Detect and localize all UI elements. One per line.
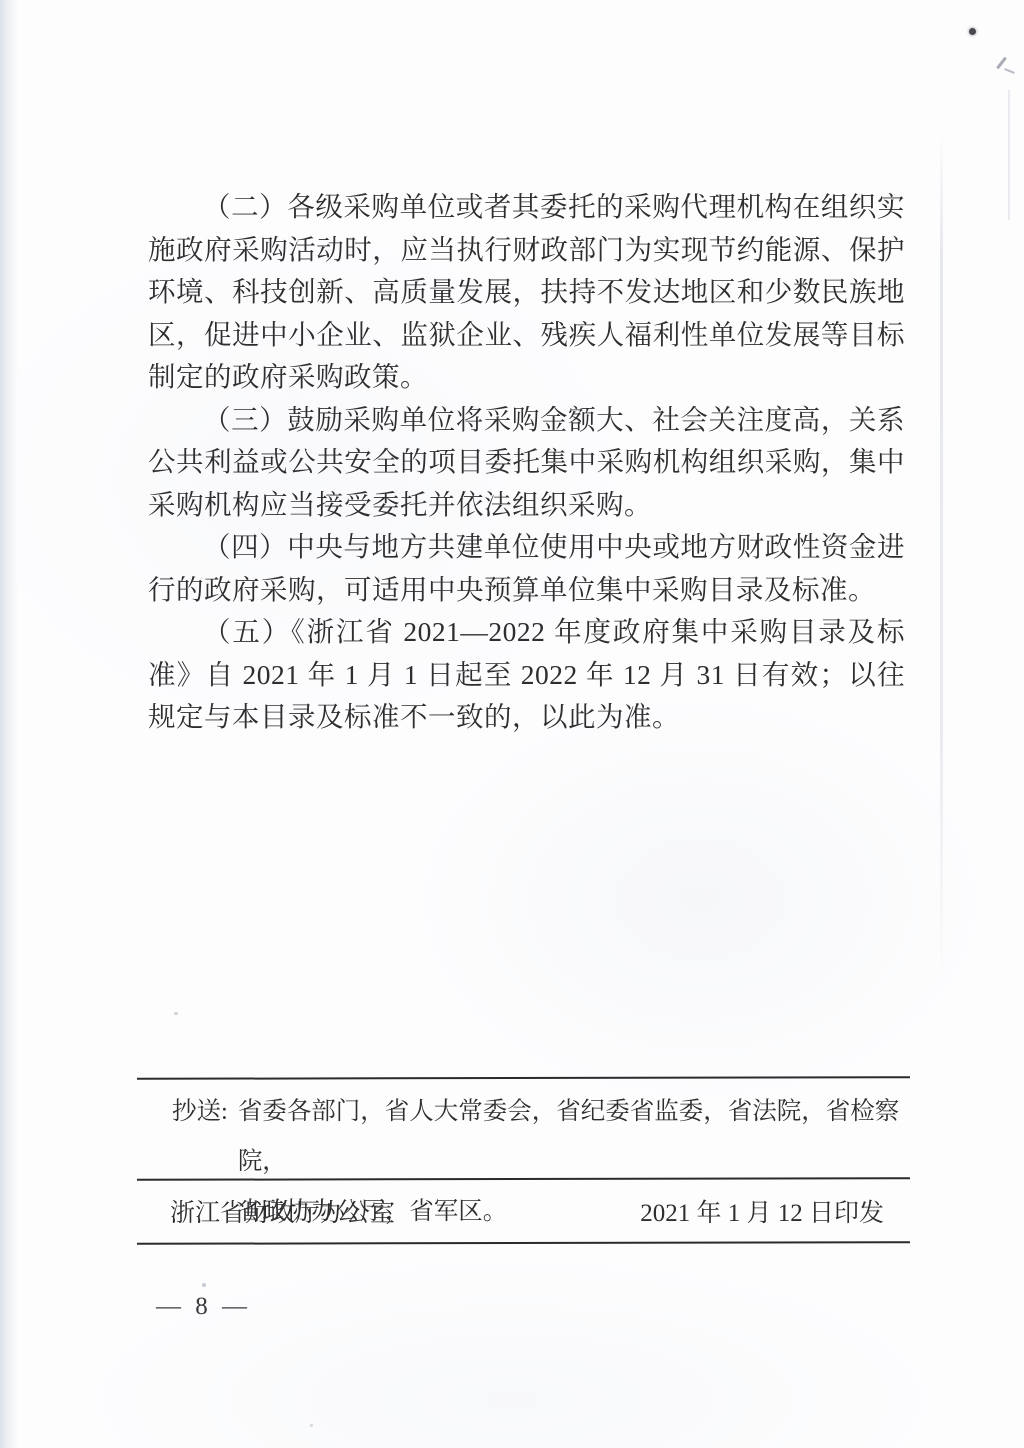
footer-bottom-rule xyxy=(137,1241,910,1245)
ink-dot-artifact xyxy=(969,28,976,35)
cc-recipients-line-1: 省委各部门，省人大常委会，省纪委省监委，省法院，省检察院， xyxy=(238,1087,908,1187)
scan-speck xyxy=(202,1283,206,1287)
footer-top-rule xyxy=(137,1076,910,1080)
paragraph-item-3: （三）鼓励采购单位将采购金额大、社会关注度高，关系公共利益或公共安全的项目委托集… xyxy=(148,399,905,527)
page-left-edge-shadow xyxy=(0,0,18,1448)
scan-fold-line xyxy=(940,130,943,990)
paragraph-item-2: （二）各级采购单位或者其委托的采购代理机构在组织实施政府采购活动时，应当执行财政… xyxy=(148,186,905,399)
document-body: （二）各级采购单位或者其委托的采购代理机构在组织实施政府采购活动时，应当执行财政… xyxy=(148,186,905,739)
cc-label: 抄送: xyxy=(172,1087,228,1137)
scan-speck xyxy=(174,1012,178,1015)
issuer-row: 浙江省财政厅办公室 2021 年 1 月 12 日印发 xyxy=(170,1180,884,1242)
issuing-office: 浙江省财政厅办公室 xyxy=(170,1193,395,1229)
scan-fold-line-short xyxy=(1008,90,1010,220)
document-footer: 抄送: 省委各部门，省人大常委会，省纪委省监委，省法院，省检察院， 省政协办公厅… xyxy=(137,1077,910,1244)
paragraph-item-5: （五）《浙江省 2021—2022 年度政府集中采购目录及标准》自 2021 年… xyxy=(148,611,905,739)
scan-speck xyxy=(310,1424,313,1427)
paragraph-item-4: （四）中央与地方共建单位使用中央或地方财政性资金进行的政府采购，可适用中央预算单… xyxy=(148,526,905,611)
pen-mark-artifact xyxy=(1004,68,1015,74)
page-number: — 8 — xyxy=(156,1293,251,1321)
print-date: 2021 年 1 月 12 日印发 xyxy=(640,1193,884,1229)
scanned-document-page: （二）各级采购单位或者其委托的采购代理机构在组织实施政府采购活动时，应当执行财政… xyxy=(0,0,1024,1448)
